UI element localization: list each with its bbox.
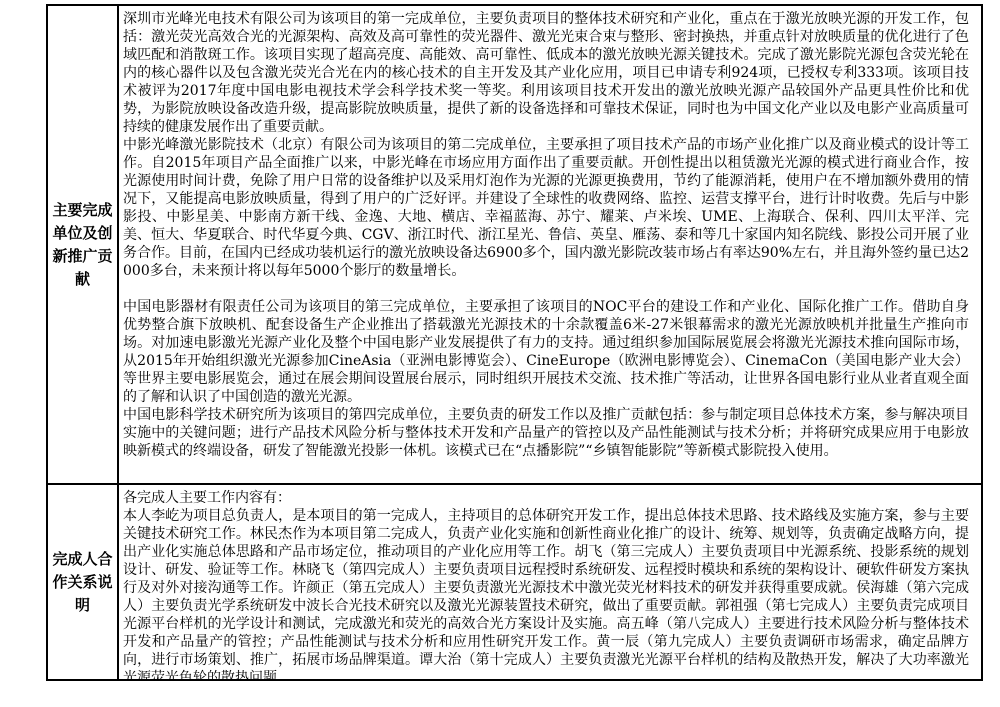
table-row-main-units: 主要完成单位及创新推广贡献 深圳市光峰光电技术有限公司为该项目的第一完成单位，主… bbox=[48, 6, 981, 485]
row-content-contributors: 各完成人主要工作内容有： 本人李屹为项目总负责人，是本项目的第一完成人，主持项目… bbox=[119, 485, 981, 679]
contributors-intro-line: 各完成人主要工作内容有： bbox=[123, 489, 969, 507]
paragraph-unit-3: 中国电影器材有限责任公司为该项目的第三完成单位，主要承担了该项目的NOC平台的建… bbox=[123, 298, 969, 406]
paragraph-contributors: 本人李屹为项目总负责人，是本项目的第一完成人，主持项目的总体研究开发工作，提出总… bbox=[123, 507, 969, 679]
paragraph-unit-4: 中国电影科学技术研究所为该项目的第四完成单位，主要负责的研发工作以及推广贡献包括… bbox=[123, 406, 969, 460]
row-label-main-units: 主要完成单位及创新推广贡献 bbox=[48, 6, 119, 483]
paragraph-unit-2: 中影光峰激光影院技术（北京）有限公司为该项目的第二完成单位，主要承担了项目技术产… bbox=[123, 136, 969, 280]
row-content-main-units: 深圳市光峰光电技术有限公司为该项目的第一完成单位，主要负责项目的整体技术研究和产… bbox=[119, 6, 981, 483]
row-label-contributors: 完成人合作关系说明 bbox=[48, 485, 119, 679]
paragraph-unit-1: 深圳市光峰光电技术有限公司为该项目的第一完成单位，主要负责项目的整体技术研究和产… bbox=[123, 10, 969, 136]
document-page: { "page": { "background_color": "#ffffff… bbox=[0, 0, 1000, 707]
table-row-contributors: 完成人合作关系说明 各完成人主要工作内容有： 本人李屹为项目总负责人，是本项目的… bbox=[48, 485, 981, 679]
document-table: 主要完成单位及创新推广贡献 深圳市光峰光电技术有限公司为该项目的第一完成单位，主… bbox=[46, 4, 983, 681]
